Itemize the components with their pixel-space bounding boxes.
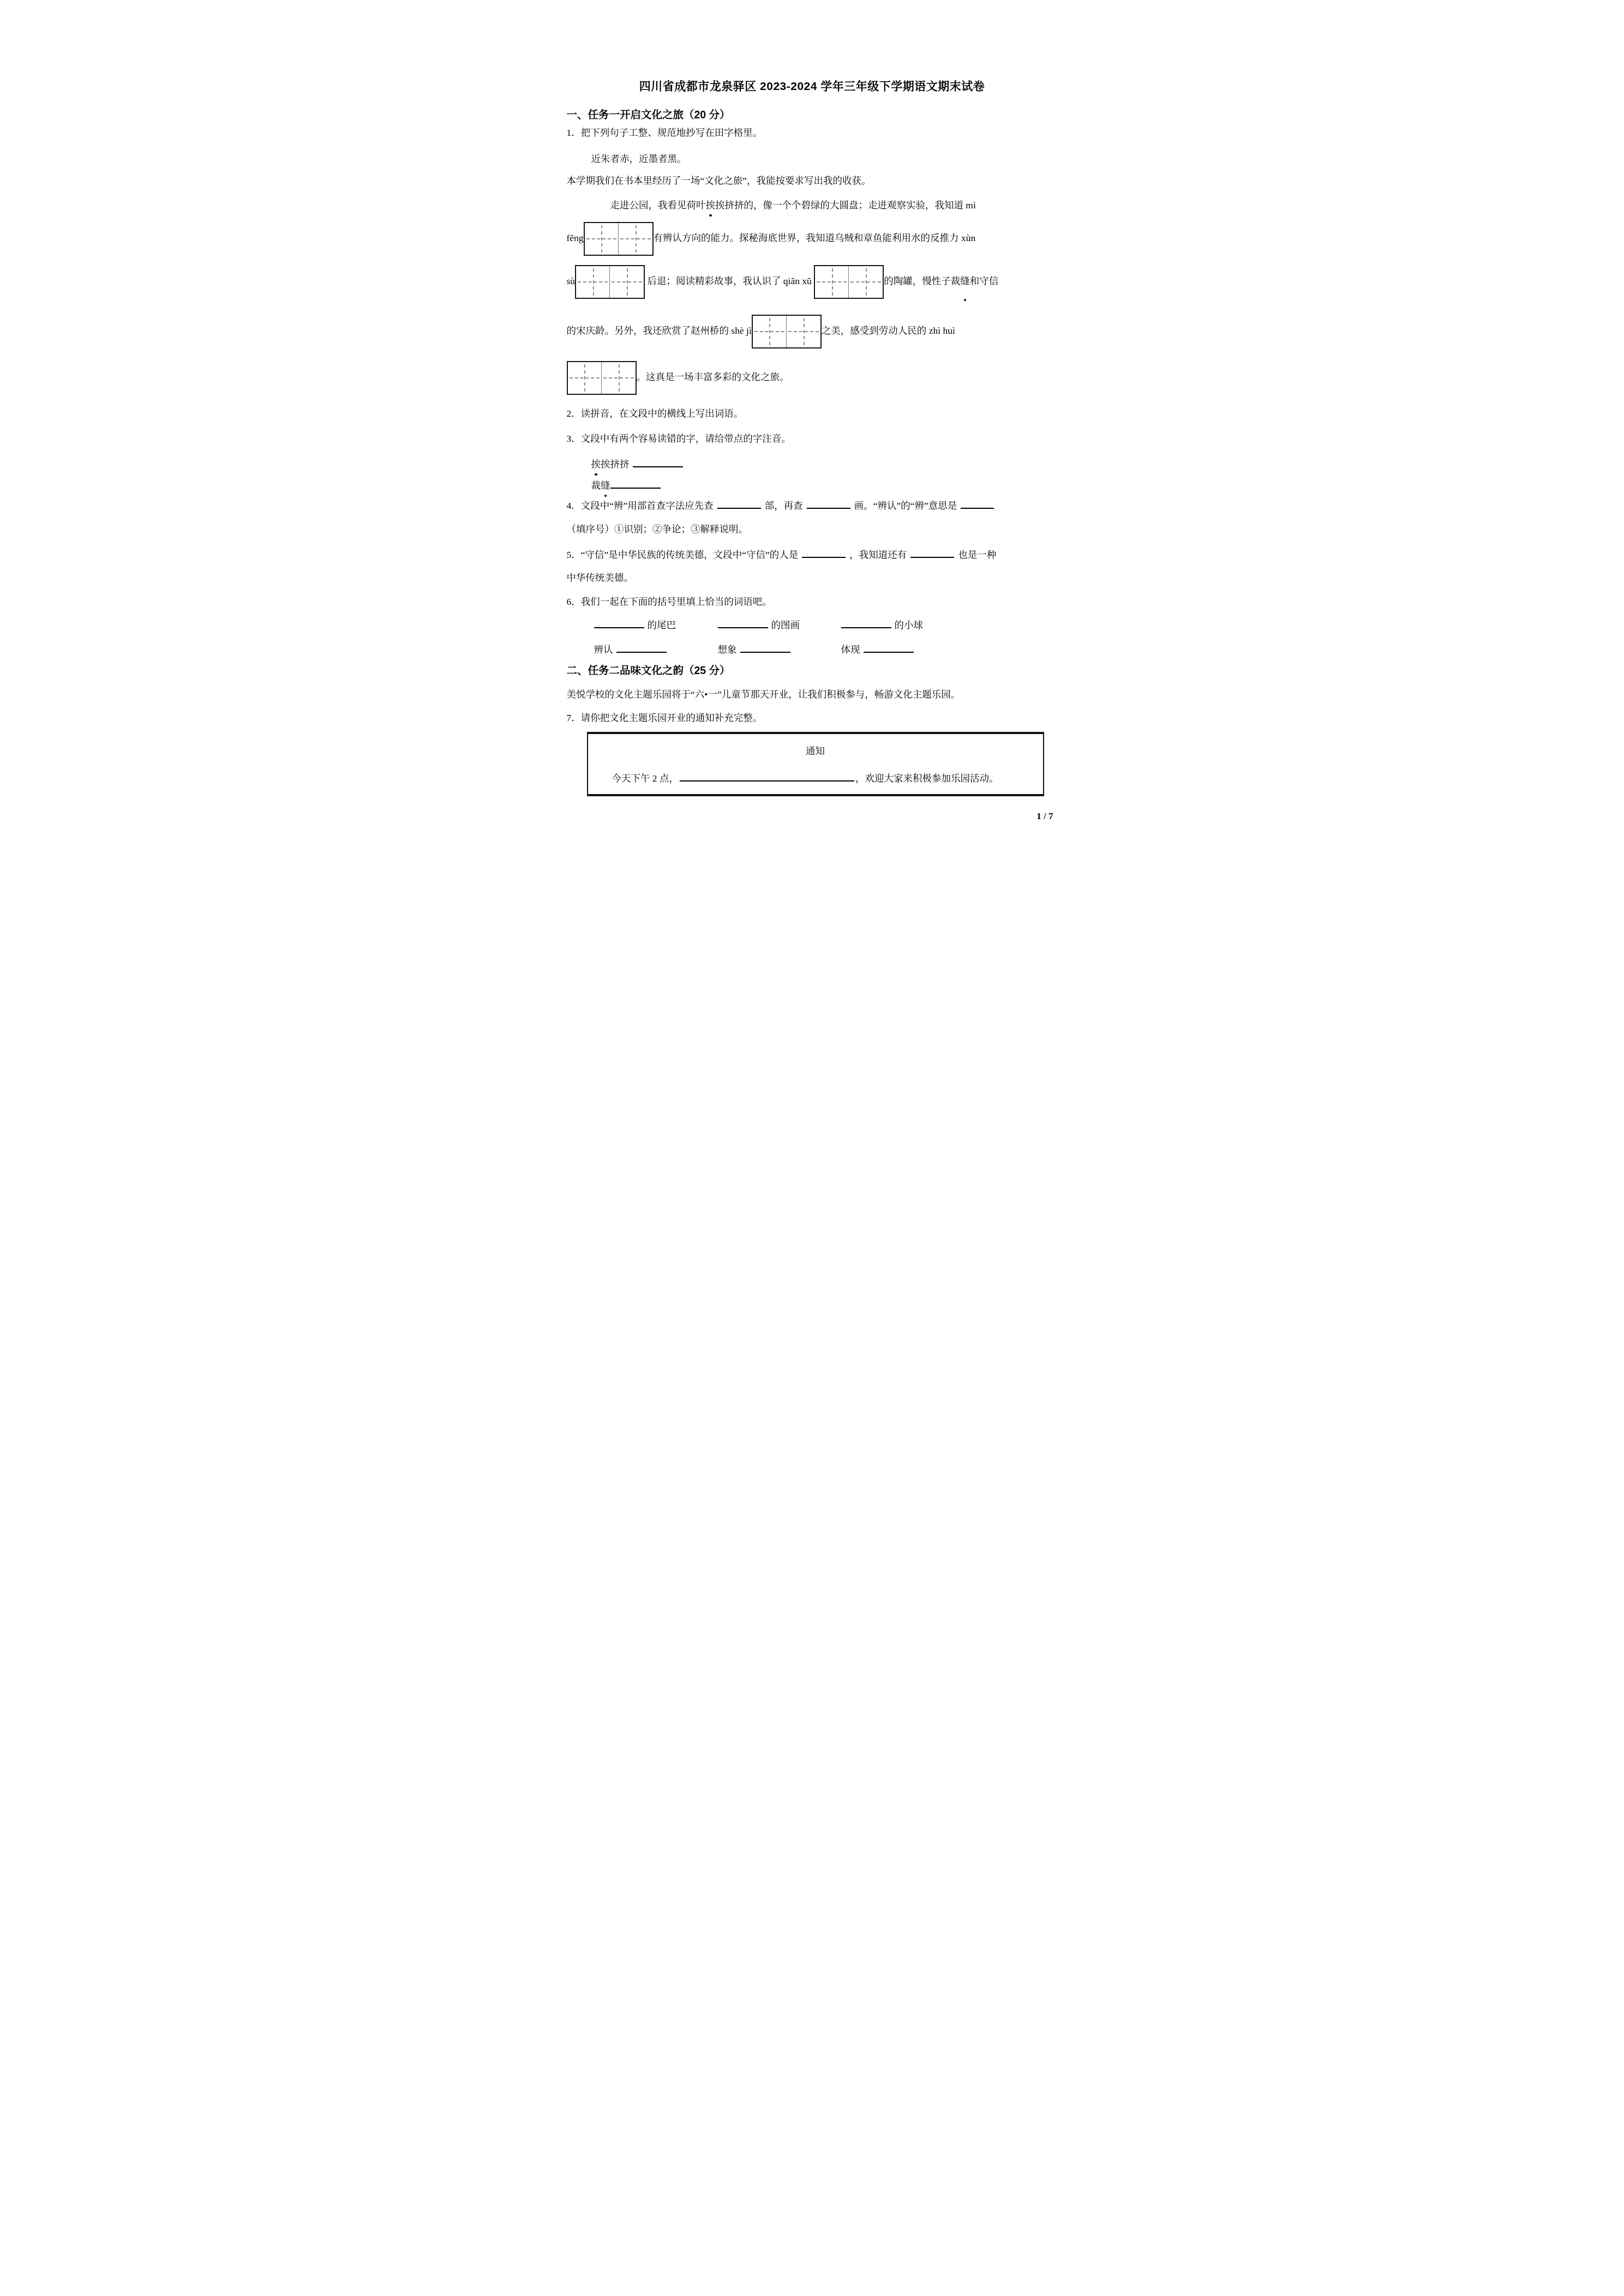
tianzige-box [814,265,884,299]
passage-line-2: fēng有辨认方向的能力。探秘海底世界，我知道乌贼和章鱼能利用水的反推力 xùn [567,221,1058,256]
question-1: 1．把下列句子工整、规范地抄写在田字格里。 [567,125,1058,140]
dotted-char: 缝 [960,265,970,297]
fill-item: 的尾巴 [594,617,718,633]
answer-blank [616,642,667,653]
tianzige-box [567,361,637,395]
question-5-continued: 中华传统美德。 [567,570,1058,585]
tianzige-cell [815,266,849,298]
question-3-word-2: 裁缝 [567,478,1058,493]
word-text: 的小球 [895,620,924,630]
question-6: 6．我们一起在下面的括号里填上恰当的词语吧。 [567,594,1058,609]
tianzige-cell [753,316,787,347]
word-text: 挨挤挤 [601,459,630,470]
fill-item: 辨认 [594,642,718,657]
answer-blank [717,498,761,509]
word-text: 辨认 [594,644,613,655]
word-text: 的图画 [771,620,800,630]
word-text: 体现 [841,644,860,655]
answer-blank [610,478,661,489]
question-5: 5．“守信”是中华民族的传统美德，文段中“守信”的人是，我知道还有也是一种 [567,547,1058,562]
page-number: 1 / 7 [1036,810,1053,822]
tianzige-box [584,222,654,256]
tianzige-cell [610,266,644,298]
answer-blank [961,498,994,509]
answer-blank [910,547,954,558]
notice-body: 今天下午 2 点，，欢迎大家来积极参加乐园活动。 [588,771,1043,786]
question-7: 7．请你把文化主题乐园开业的通知补充完整。 [567,711,1058,725]
answer-blank [802,547,846,558]
dotted-char: 挨 [591,457,601,472]
passage-text: 挨挤挤的，像一个个碧绿的大圆盘；走进观察实验，我知道 mì [715,200,976,211]
passage-line-1: 走进公园，我看见荷叶挨挨挤挤的，像一个个碧绿的大圆盘；走进观察实验，我知道 mì [567,198,1058,213]
notice-text: ，欢迎大家来积极参加乐园活动。 [855,773,999,784]
passage-text: 和守信 [970,275,999,286]
passage-text: 。这真是一场丰富多彩的文化之旅。 [637,371,789,382]
tianzige-cell [585,223,619,255]
fill-item: 体现 [841,642,917,657]
question-text: 5．“守信”是中华民族的传统美德，文段中“守信”的人是 [567,549,799,560]
notice-text: 今天下午 2 点， [612,773,679,784]
passage-line-3: sù 后退；阅读精彩故事，我认识了 qiān xū 的陶罐，慢性子裁缝和守信 [567,265,1058,299]
passage-text: 之美，感受到劳动人民的 zhì huì [822,325,955,336]
page-title: 四川省成都市龙泉驿区 2023-2024 学年三年级下学期语文期末试卷 [567,79,1058,95]
tianzige-box [752,315,822,348]
answer-blank [594,617,644,628]
dotted-char: 缝 [601,478,610,493]
copy-sentence: 近朱者赤，近墨者黑。 [567,152,1058,166]
tianzige-cell [568,362,602,394]
question-4-options: （填序号）①识别；②争论；③解释说明。 [567,522,1058,537]
fill-item: 的图画 [718,617,841,633]
passage-text: 走进公园，我看见荷叶 [610,200,706,211]
tianzige-cell [576,266,610,298]
answer-blank [718,617,768,628]
answer-blank [841,617,891,628]
tianzige-box [575,265,645,299]
answer-blank [864,642,914,653]
word-text: 裁 [591,480,601,491]
question-6-row-2: 辨认想象体现 [567,642,1058,657]
tianzige-cell [602,362,636,394]
question-6-row-1: 的尾巴的图画的小球 [567,617,1058,633]
answer-blank [740,642,790,653]
tianzige-cell [619,223,652,255]
question-2: 2．读拼音，在文段中的横线上写出词语。 [567,406,1058,421]
question-4: 4．文段中“辨”用部首查字法应先查部，再查画。“辨认”的“辨”意思是 [567,498,1058,513]
question-text: ，我知道还有 [849,549,907,560]
dotted-char: 挨 [706,198,716,213]
pinyin-text: fēng [567,232,584,243]
exam-paper-page: 四川省成都市龙泉驿区 2023-2024 学年三年级下学期语文期末试卷 一、任务… [512,0,1112,849]
notice-box: 通知 今天下午 2 点，，欢迎大家来积极参加乐园活动。 [587,732,1044,796]
passage-text: 的宋庆龄。另外，我还欣赏了赵州桥的 shè jì [567,325,752,336]
fill-item: 想象 [718,642,841,657]
question-3-word-1: 挨挨挤挤 [567,456,1058,472]
answer-blank [633,456,683,467]
word-text: 的尾巴 [648,620,676,630]
question-text: 部，再查 [765,500,803,511]
pinyin-text: sù [567,275,576,286]
fill-item: 的小球 [841,617,924,633]
word-text: 想象 [718,644,737,655]
passage-line-5: 。这真是一场丰富多彩的文化之旅。 [567,360,1058,395]
tianzige-cell [787,316,820,347]
question-text: 4．文段中“辨”用部首查字法应先查 [567,500,714,511]
question-text: 画。“辨认”的“辨”意思是 [854,500,957,511]
answer-blank [807,498,850,509]
section1-heading: 一、任务一开启文化之旅（20 分） [567,107,1058,123]
passage-text: 的陶罐，慢性子裁 [884,275,960,286]
passage-text: 后退；阅读精彩故事，我认识了 qiān xū [645,275,814,286]
section2-heading: 二、任务二品味文化之韵（25 分） [567,663,1058,678]
section2-intro: 美悦学校的文化主题乐园将于“六•一”儿童节那天开业，让我们积极参与，畅游文化主题… [567,687,1058,702]
question-3: 3．文段中有两个容易读错的字，请给带点的字注音。 [567,431,1058,446]
question-text: 也是一种 [958,549,996,560]
passage-intro: 本学期我们在书本里经历了一场“文化之旅”，我能按要求写出我的收获。 [567,173,1058,188]
notice-title: 通知 [588,744,1043,759]
answer-blank [680,771,854,782]
passage-text: 有辨认方向的能力。探秘海底世界，我知道乌贼和章鱼能利用水的反推力 xùn [654,232,976,243]
tianzige-cell [849,266,883,298]
passage-line-4: 的宋庆龄。另外，我还欣赏了赵州桥的 shè jì之美，感受到劳动人民的 zhì … [567,314,1058,348]
